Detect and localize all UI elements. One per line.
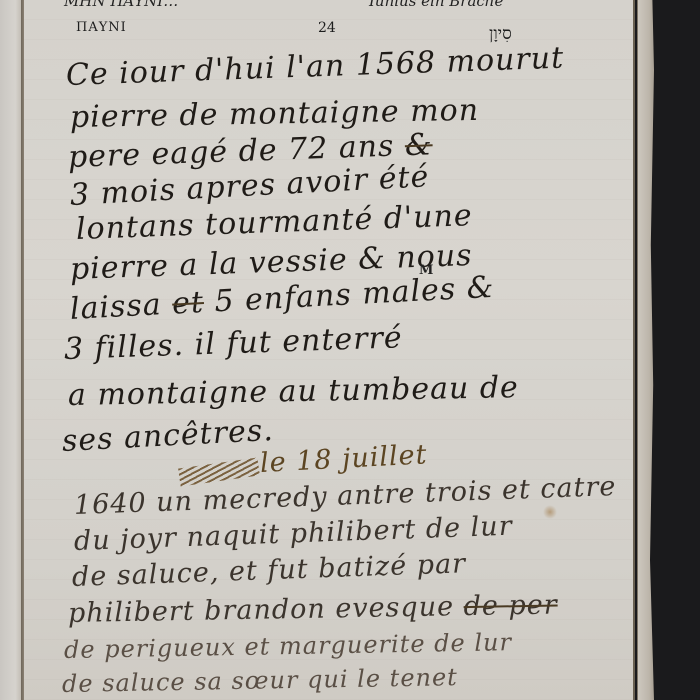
handwritten-line-15: philibert brandon evesque de per xyxy=(68,589,558,629)
page-rule-line xyxy=(633,0,635,700)
page-rule-line-2 xyxy=(637,0,638,700)
handwritten-line-10: ses ancêtres. xyxy=(61,413,274,459)
line-7-struck: et xyxy=(171,285,205,322)
page-number: 24 xyxy=(318,20,336,36)
handwritten-line-17: de saluce sa sœur qui le tenet xyxy=(62,663,458,698)
running-head-hebrew: סִיוָן xyxy=(489,24,512,44)
handwritten-line-16: de perigueux et marguerite de lur xyxy=(64,628,512,664)
cut-header-left: ΜΗΝ ΠΑΥΝΙ… xyxy=(64,0,178,10)
line-3-struck: & xyxy=(404,127,433,163)
line-15-struck: de per xyxy=(463,589,558,622)
page-fore-edge xyxy=(638,0,654,700)
ink-scribble-strikeout xyxy=(178,458,260,487)
facing-page-edge xyxy=(0,0,22,700)
paper-stain xyxy=(543,505,557,519)
line-7-text: laissa xyxy=(69,287,162,327)
printer-signature-mark: M xyxy=(419,263,433,278)
running-head-greek: ΠΑΥΝΙ xyxy=(76,20,127,35)
cut-header-right: Iunius ein Brache xyxy=(369,0,503,10)
handwritten-date-line: le 18 juillet xyxy=(259,439,428,479)
line-15-text: philibert brandon evesque xyxy=(68,591,455,629)
handwritten-line-1: Ce iour d'hui l'an 1568 mourut xyxy=(65,41,564,93)
manuscript-page: ΜΗΝ ΠΑΥΝΙ… Iunius ein Brache ΠΑΥΝΙ 24 סִ… xyxy=(24,0,634,700)
handwritten-line-9: a montaigne au tumbeau de xyxy=(68,370,519,413)
handwritten-line-12: 1640 un mecredy antre trois et catre xyxy=(73,471,616,521)
handwritten-line-8: 3 filles. il fut enterré xyxy=(63,320,403,367)
